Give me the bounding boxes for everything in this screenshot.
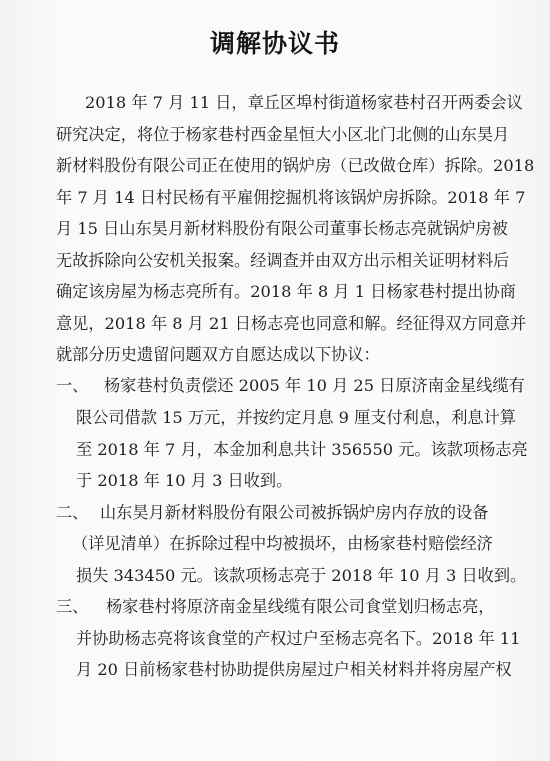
intro-line: 年 7 月 14 日村民杨有平雇佣挖掘机将该锅炉房拆除。2018 年 7 bbox=[56, 188, 525, 208]
clause-line: 杨家巷村负责偿还 2005 年 10 月 25 日原济南金星线缆有 bbox=[104, 376, 525, 396]
clause-line: 山东昊月新材料股份有限公司被拆锅炉房内存放的设备 bbox=[100, 503, 489, 523]
intro-line: 2018 年 7 月 11 日，章丘区埠村街道杨家巷村召开两委会议 bbox=[85, 93, 523, 113]
intro-line: 新材料股份有限公司正在使用的锅炉房（已改做仓库）拆除。2018 bbox=[56, 156, 534, 176]
intro-line: 月 15 日山东昊月新材料股份有限公司董事长杨志亮就锅炉房被 bbox=[56, 219, 508, 239]
clause-line: （详见清单）在拆除过程中均被损坏，由杨家巷村赔偿经济 bbox=[72, 534, 493, 554]
intro-line: 意见，2018 年 8 月 21 日杨志亮也同意和解。经征得双方同意并 bbox=[56, 314, 526, 334]
clause-line: 限公司借款 15 万元，并按约定月息 9 厘支付利息，利息计算 bbox=[76, 408, 516, 428]
clause-line: 于 2018 年 10 月 3 日收到。 bbox=[76, 471, 292, 491]
clause-line: 并协助杨志亮将该食堂的产权过户至杨志亮名下。2018 年 11 bbox=[76, 629, 520, 649]
scanned-document-page: 调解协议书 2018 年 7 月 11 日，章丘区埠村街道杨家巷村召开两委会议 … bbox=[0, 0, 550, 761]
intro-line: 研究决定，将位于杨家巷村西金星恒大小区北门北侧的山东昊月 bbox=[56, 125, 509, 145]
clause-number: 三、 bbox=[56, 597, 88, 617]
clause-number: 一、 bbox=[56, 376, 88, 396]
intro-line: 就部分历史遗留问题双方自愿达成以下协议： bbox=[56, 345, 380, 365]
clause-line: 杨家巷村将原济南金星线缆有限公司食堂划归杨志亮， bbox=[106, 597, 495, 617]
clause-line: 损失 343450 元。该款项杨志亮于 2018 年 10 月 3 日收到。 bbox=[76, 566, 526, 586]
intro-line: 无故拆除向公安机关报案。经调查并由双方出示相关证明材料后 bbox=[56, 251, 509, 271]
clause-line: 至 2018 年 7 月，本金加利息共计 356550 元。该款项杨志亮 bbox=[76, 440, 528, 460]
document-title: 调解协议书 bbox=[0, 24, 550, 60]
clause-line: 月 20 日前杨家巷村协助提供房屋过户相关材料并将房屋产权 bbox=[76, 660, 512, 680]
clause-number: 二、 bbox=[56, 503, 88, 523]
intro-line: 确定该房屋为杨志亮所有。2018 年 8 月 1 日杨家巷村提出协商 bbox=[56, 282, 516, 302]
